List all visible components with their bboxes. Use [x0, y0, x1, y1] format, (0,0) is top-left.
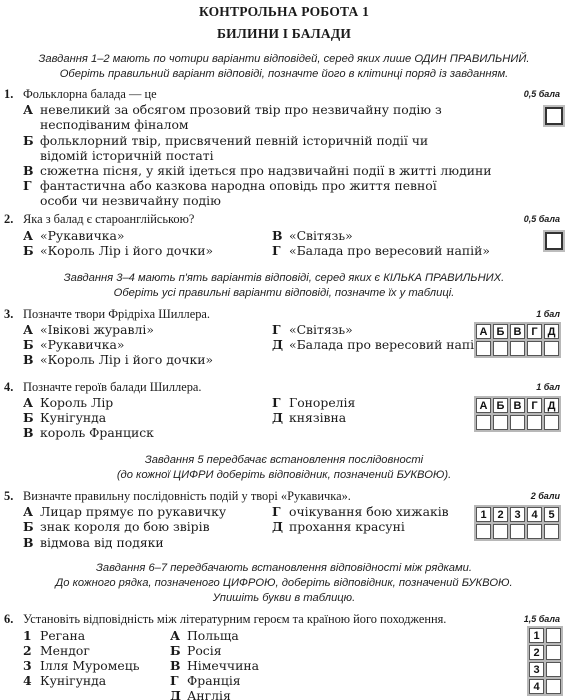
answer-box-q2[interactable] — [545, 232, 563, 250]
answer-cell[interactable] — [510, 415, 525, 430]
answer-cell[interactable] — [493, 524, 508, 539]
grid-row-label: 1 — [529, 628, 544, 643]
grid-header-cell: 4 — [527, 507, 542, 522]
instruction-line: До кожного рядка, позначеного ЦИФРОЮ, до… — [0, 576, 568, 591]
item-text: Регана — [40, 628, 85, 643]
score-label: 0,5 бала — [524, 214, 560, 224]
option-text: Король Лір — [40, 395, 113, 410]
instruction-line: (до кожної ЦИФРИ доберіть відповідник, п… — [0, 468, 568, 483]
option-letter: В — [272, 228, 282, 243]
option-letter: Д — [272, 519, 283, 534]
answer-cell[interactable] — [544, 341, 559, 356]
score-label: 1 бал — [536, 309, 560, 319]
instruction-line: Завдання 3–4 мають п'ять варіантів відпо… — [0, 271, 568, 286]
instruction-line: Завдання 6–7 передбачають встановлення в… — [0, 561, 568, 576]
item-number: 2 — [23, 643, 32, 658]
option-text: невеликий за обсягом прозовий твір про н… — [40, 102, 470, 132]
answer-cell[interactable] — [493, 341, 508, 356]
option-text: знак короля до бою звірів — [40, 519, 210, 534]
option-letter: Г — [170, 673, 179, 688]
option-text: князівна — [289, 410, 346, 425]
score-label: 0,5 бала — [524, 89, 560, 99]
option-letter: А — [23, 102, 33, 117]
answer-cell[interactable] — [476, 524, 491, 539]
option-text: Англія — [187, 688, 231, 700]
option-letter: В — [23, 535, 33, 550]
option-letter: Б — [23, 337, 34, 352]
instruction-line: Упишіть букви в таблицю. — [0, 591, 568, 606]
answer-grid-q3: А Б В Г Д — [474, 322, 561, 358]
option-text: «Світязь» — [289, 322, 353, 337]
test-page: КОНТРОЛЬНА РОБОТА 1 БИЛИНИ І БАЛАДИ Завд… — [0, 0, 568, 700]
score-label: 2 бали — [531, 491, 560, 501]
instruction-line: Завдання 5 передбачає встановлення послі… — [0, 453, 568, 468]
answer-cell[interactable] — [510, 341, 525, 356]
question-number: 2. — [4, 212, 13, 227]
grid-header-cell: А — [476, 398, 491, 413]
grid-row-label: 4 — [529, 679, 544, 694]
instruction-line: Оберіть правильний варіант відповіді, по… — [0, 67, 568, 82]
option-text: Лицар прямує по рукавичку — [40, 504, 226, 519]
option-text: «Світязь» — [289, 228, 353, 243]
option-letter: Г — [23, 178, 32, 193]
answer-cell[interactable] — [476, 341, 491, 356]
answer-cell[interactable] — [493, 415, 508, 430]
question-text: Яка з балад є староанглійською? — [23, 212, 194, 227]
answer-grid-q4: А Б В Г Д — [474, 396, 561, 432]
question-text: Фольклорна балада — це — [23, 87, 157, 102]
option-text: «Король Лір і його дочки» — [40, 243, 213, 258]
grid-header-cell: Г — [527, 324, 542, 339]
option-text: очікування бою хижаків — [289, 504, 449, 519]
option-text: відмова від подяки — [40, 535, 164, 550]
score-label: 1,5 бала — [524, 614, 560, 624]
grid-header-cell: 5 — [544, 507, 559, 522]
option-letter: Г — [272, 504, 281, 519]
question-number: 1. — [4, 87, 13, 102]
answer-cell[interactable] — [546, 662, 561, 677]
option-letter: А — [23, 504, 33, 519]
option-text: фантастична або казкова народна оповідь … — [40, 178, 470, 208]
answer-cell[interactable] — [546, 679, 561, 694]
option-letter: В — [23, 425, 33, 440]
option-letter: Б — [23, 243, 34, 258]
answer-cell[interactable] — [510, 524, 525, 539]
answer-grid-q6: 1 2 3 4 — [527, 626, 563, 696]
option-letter: В — [23, 352, 33, 367]
option-text: Кунігунда — [40, 410, 106, 425]
option-text: «Рукавичка» — [40, 337, 124, 352]
grid-row-label: 3 — [529, 662, 544, 677]
option-letter: Д — [170, 688, 181, 700]
instructions-6-7: Завдання 6–7 передбачають встановлення в… — [0, 561, 568, 606]
question-text: Установіть відповідність між літературни… — [23, 612, 446, 627]
answer-cell[interactable] — [544, 524, 559, 539]
option-text: Польща — [187, 628, 239, 643]
answer-cell[interactable] — [476, 415, 491, 430]
answer-cell[interactable] — [546, 645, 561, 660]
option-letter: В — [170, 658, 180, 673]
item-number: 4 — [23, 673, 32, 688]
option-letter: Д — [272, 337, 283, 352]
item-text: Кунігунда — [40, 673, 106, 688]
option-text: сюжетна пісня, у якій ідеться про надзви… — [40, 163, 492, 178]
page-title: КОНТРОЛЬНА РОБОТА 1 — [0, 4, 568, 20]
grid-header-cell: 2 — [493, 507, 508, 522]
page-subtitle: БИЛИНИ І БАЛАДИ — [0, 26, 568, 42]
grid-header-cell: В — [510, 324, 525, 339]
grid-header-cell: Г — [527, 398, 542, 413]
question-number: 3. — [4, 307, 13, 322]
option-text: прохання красуні — [289, 519, 405, 534]
item-text: Мендог — [40, 643, 90, 658]
grid-header-cell: Б — [493, 324, 508, 339]
question-text: Позначте героїв балади Шиллера. — [23, 380, 202, 395]
answer-cell[interactable] — [527, 341, 542, 356]
item-text: Ілля Муромець — [40, 658, 139, 673]
option-letter: Б — [23, 410, 34, 425]
option-letter: А — [23, 322, 33, 337]
option-letter: Б — [170, 643, 181, 658]
answer-box-q1[interactable] — [545, 107, 563, 125]
answer-grid-q5: 1 2 3 4 5 — [474, 505, 561, 541]
option-letter: Б — [23, 519, 34, 534]
grid-header-cell: 1 — [476, 507, 491, 522]
question-text: Визначте правильну послідовність подій у… — [23, 489, 351, 504]
grid-header-cell: 3 — [510, 507, 525, 522]
grid-row-label: 2 — [529, 645, 544, 660]
score-label: 1 бал — [536, 382, 560, 392]
option-letter: Г — [272, 322, 281, 337]
option-text: Росія — [187, 643, 222, 658]
option-text: Франція — [187, 673, 241, 688]
option-text: «Король Лір і його дочки» — [40, 352, 213, 367]
option-letter: В — [23, 163, 33, 178]
answer-cell[interactable] — [527, 524, 542, 539]
instructions-5: Завдання 5 передбачає встановлення послі… — [0, 453, 568, 483]
item-number: 1 — [23, 628, 32, 643]
grid-header-cell: А — [476, 324, 491, 339]
option-text: король Франциск — [40, 425, 154, 440]
option-letter: Г — [272, 395, 281, 410]
grid-header-cell: Б — [493, 398, 508, 413]
grid-header-cell: Д — [544, 324, 559, 339]
option-text: фольклорний твір, присвячений певній іст… — [40, 133, 470, 163]
option-letter: А — [23, 395, 33, 410]
option-text: «Рукавичка» — [40, 228, 124, 243]
instructions-1-2: Завдання 1–2 мають по чотири варіанти ві… — [0, 52, 568, 82]
grid-header-cell: В — [510, 398, 525, 413]
instructions-3-4: Завдання 3–4 мають п'ять варіантів відпо… — [0, 271, 568, 301]
option-text: «Балада про вересовий напій» — [289, 337, 490, 352]
option-text: Німеччина — [187, 658, 259, 673]
option-text: «Івікові журавлі» — [40, 322, 154, 337]
item-number: 3 — [23, 658, 32, 673]
option-letter: А — [23, 228, 33, 243]
answer-cell[interactable] — [546, 628, 561, 643]
question-text: Позначте твори Фрідріха Шиллера. — [23, 307, 210, 322]
question-number: 4. — [4, 380, 13, 395]
option-text: «Балада про вересовий напій» — [289, 243, 490, 258]
instruction-line: Оберіть усі правильні варіанти відповіді… — [0, 286, 568, 301]
instruction-line: Завдання 1–2 мають по чотири варіанти ві… — [0, 52, 568, 67]
option-letter: Б — [23, 133, 34, 148]
answer-cell[interactable] — [544, 415, 559, 430]
option-letter: Г — [272, 243, 281, 258]
question-number: 5. — [4, 489, 13, 504]
option-letter: Д — [272, 410, 283, 425]
grid-header-cell: Д — [544, 398, 559, 413]
question-number: 6. — [4, 612, 13, 627]
option-text: Гонорелія — [289, 395, 355, 410]
option-letter: А — [170, 628, 180, 643]
answer-cell[interactable] — [527, 415, 542, 430]
